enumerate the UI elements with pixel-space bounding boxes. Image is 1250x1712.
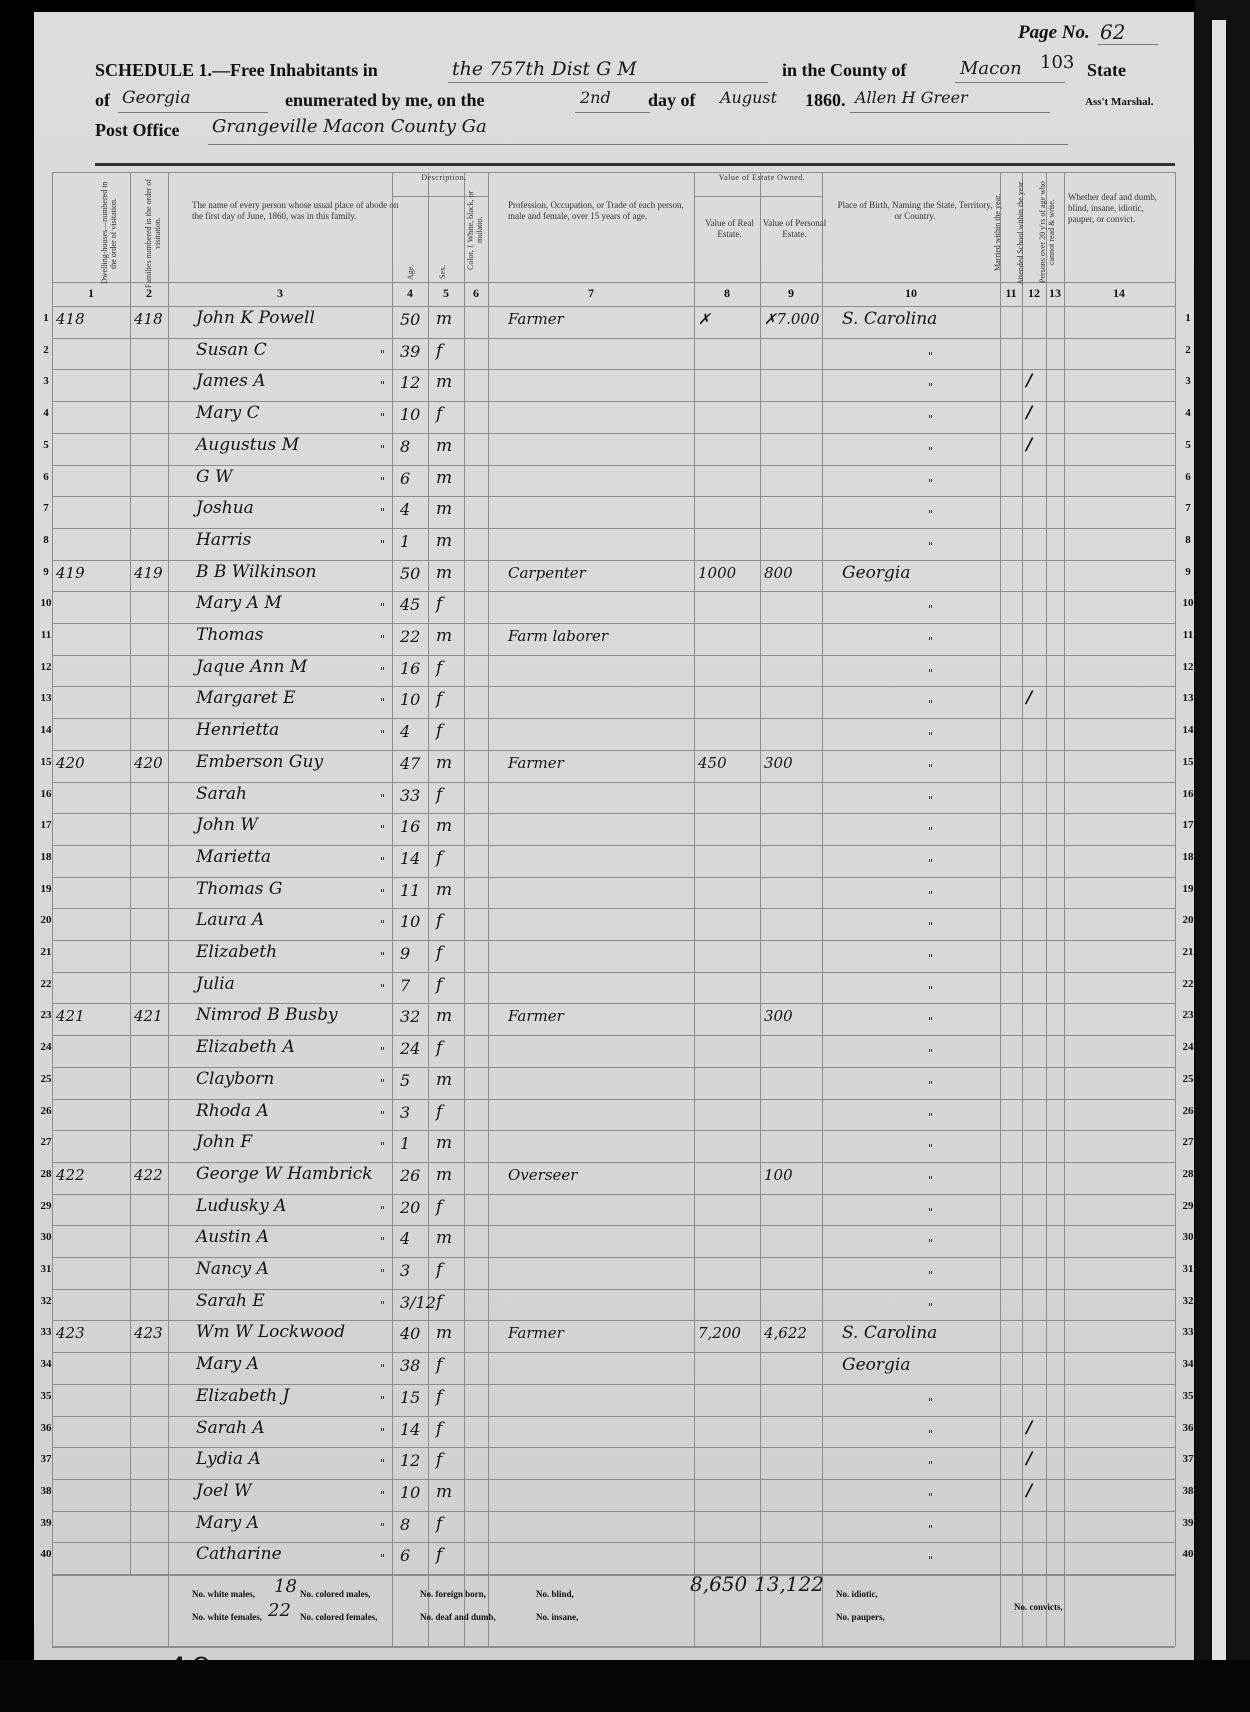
state-label: State [1087, 60, 1126, 81]
age: 32 [400, 1007, 420, 1026]
schedule-title: SCHEDULE 1.—Free Inhabitants in [95, 60, 378, 81]
birthplace: " [928, 1015, 933, 1028]
line-number-left: 7 [36, 502, 56, 514]
name-ditto: " [380, 1109, 385, 1122]
line-number-left: 24 [36, 1041, 56, 1053]
line-number-left: 8 [36, 534, 56, 546]
name-ditto: " [380, 475, 385, 488]
age: 20 [400, 1198, 420, 1217]
age: 45 [400, 595, 420, 614]
birthplace: " [928, 762, 933, 775]
family-number: 420 [134, 754, 163, 772]
sex: f [436, 1260, 442, 1280]
line-number-right: 37 [1178, 1453, 1198, 1465]
name-ditto: " [380, 982, 385, 995]
grid-row-line [52, 1574, 1175, 1576]
column-number-9: 9 [779, 286, 803, 301]
sex: m [436, 499, 452, 519]
line-number-left: 10 [36, 597, 56, 609]
attended-school-mark: / [1026, 403, 1032, 423]
name-ditto: " [380, 538, 385, 551]
person-name: George W Hambrick [196, 1164, 373, 1184]
grid-column-line [488, 172, 489, 1646]
sex: f [436, 943, 442, 963]
column-number-6: 6 [464, 286, 488, 301]
total-real-estate: 8,650 [690, 1572, 747, 1596]
grid-row-line [52, 1542, 1175, 1543]
line-number-left: 3 [36, 375, 56, 387]
person-name: Mary A M [196, 593, 282, 613]
birthplace: " [928, 381, 933, 394]
grid-row-line [52, 1225, 1175, 1226]
sex: m [436, 468, 452, 488]
person-name: Sarah [196, 784, 247, 804]
name-ditto: " [380, 696, 385, 709]
birthplace: " [928, 1396, 933, 1409]
name-ditto: " [380, 1394, 385, 1407]
birthplace: " [928, 540, 933, 553]
line-number-left: 18 [36, 851, 56, 863]
age: 3 [400, 1261, 410, 1280]
age: 1 [400, 532, 410, 551]
person-name: Laura A [196, 910, 264, 930]
person-name: Elizabeth A [196, 1037, 295, 1057]
line-number-left: 29 [36, 1200, 56, 1212]
line-number-left: 28 [36, 1168, 56, 1180]
line-number-right: 7 [1178, 502, 1198, 514]
column-number-10: 10 [899, 286, 923, 301]
age: 10 [400, 405, 420, 424]
person-name: Mary A [196, 1513, 259, 1533]
age: 3 [400, 1103, 410, 1122]
colored-males-label: No. colored males, [300, 1589, 370, 1599]
person-name: Clayborn [196, 1069, 274, 1089]
birthplace: " [928, 1491, 933, 1504]
line-number-left: 34 [36, 1358, 56, 1370]
personal-estate-value: 100 [764, 1166, 793, 1184]
age: 4 [400, 1229, 410, 1248]
col14-header: Whether deaf and dumb, blind, insane, id… [1068, 192, 1158, 225]
line-number-right: 26 [1178, 1105, 1198, 1117]
paupers-label: No. paupers, [836, 1612, 885, 1622]
sex: m [436, 436, 452, 456]
birthplace: " [928, 1428, 933, 1441]
person-name: Ludusky A [196, 1196, 286, 1216]
grid-column-line [760, 172, 761, 1646]
column-number-14: 14 [1107, 286, 1131, 301]
line-number-right: 30 [1178, 1231, 1198, 1243]
birthplace: " [928, 825, 933, 838]
age: 16 [400, 817, 420, 836]
name-ditto: " [380, 1077, 385, 1090]
insane-label: No. insane, [536, 1612, 578, 1622]
line-number-left: 32 [36, 1295, 56, 1307]
person-name: Elizabeth [196, 942, 277, 962]
line-number-left: 20 [36, 914, 56, 926]
line-number-left: 23 [36, 1009, 56, 1021]
name-ditto: " [380, 1362, 385, 1375]
sex: f [436, 594, 442, 614]
occupation: Farmer [508, 1324, 564, 1342]
column-number-2: 2 [137, 286, 161, 301]
sex: f [436, 1419, 442, 1439]
personal-estate-value: 800 [764, 564, 793, 582]
attended-school-mark: / [1026, 371, 1032, 391]
age: 7 [400, 976, 410, 995]
person-name: Thomas [196, 625, 264, 645]
line-number-left: 33 [36, 1326, 56, 1338]
grid-row-line [52, 718, 1175, 719]
county-stamp: 103 [1040, 52, 1074, 73]
col4-header: Age. [406, 255, 420, 290]
line-number-right: 22 [1178, 978, 1198, 990]
age: 33 [400, 786, 420, 805]
grid-row-line [52, 1352, 1175, 1353]
grid-row-line [52, 465, 1175, 466]
personal-estate-value: 4,622 [764, 1324, 807, 1342]
enumeration-day: 2nd [580, 88, 611, 107]
sex: f [436, 1450, 442, 1470]
grid-row-line [52, 369, 1175, 370]
name-ditto: " [380, 1045, 385, 1058]
grid-row-line [52, 686, 1175, 687]
name-ditto: " [380, 887, 385, 900]
line-number-right: 23 [1178, 1009, 1198, 1021]
grid-row-line [52, 1162, 1175, 1163]
line-number-right: 8 [1178, 534, 1198, 546]
person-name: Elizabeth J [196, 1386, 289, 1406]
age: 47 [400, 754, 420, 773]
occupation: Farmer [508, 1007, 564, 1025]
person-name: Harris [196, 530, 251, 550]
deaf-dumb-label: No. deaf and dumb, [420, 1612, 496, 1622]
col12-header: Attended School within the year. [1016, 172, 1036, 292]
birthplace: " [928, 1206, 933, 1219]
name-ditto: " [380, 728, 385, 741]
line-number-right: 29 [1178, 1200, 1198, 1212]
post-office: Grangeville Macon County Ga [212, 116, 487, 137]
sex: f [436, 848, 442, 868]
line-number-right: 9 [1178, 566, 1198, 578]
birthplace: " [928, 1174, 933, 1187]
birthplace: " [928, 698, 933, 711]
age: 38 [400, 1356, 420, 1375]
idiotic-label: No. idiotic, [836, 1589, 878, 1599]
real-estate-value: 450 [698, 754, 727, 772]
line-number-right: 1 [1178, 312, 1198, 324]
grid-column-line [1175, 172, 1176, 1646]
birthplace: " [928, 1237, 933, 1250]
birthplace: " [928, 350, 933, 363]
grid-row-line [52, 877, 1175, 878]
line-number-left: 11 [36, 629, 56, 641]
personal-estate-value: ✗7.000 [764, 310, 820, 328]
grid-row-line [52, 1257, 1175, 1258]
birthplace: " [928, 508, 933, 521]
age: 40 [400, 1324, 420, 1343]
name-ditto: " [380, 1457, 385, 1470]
line-number-right: 24 [1178, 1041, 1198, 1053]
birthplace: " [928, 1301, 933, 1314]
age: 14 [400, 1420, 420, 1439]
column-number-11: 11 [999, 286, 1023, 301]
grid-row-line [52, 1194, 1175, 1195]
age: 9 [400, 944, 410, 963]
line-number-left: 15 [36, 756, 56, 768]
scan-edge-strip [1212, 20, 1226, 1660]
family-number: 423 [134, 1324, 163, 1342]
name-ditto: " [380, 1521, 385, 1534]
birthplace: " [928, 730, 933, 743]
age: 22 [400, 627, 420, 646]
sex: f [436, 1387, 442, 1407]
line-number-right: 12 [1178, 661, 1198, 673]
birthplace: " [928, 1269, 933, 1282]
sex: m [436, 1133, 452, 1153]
name-ditto: " [380, 506, 385, 519]
name-ditto: " [380, 665, 385, 678]
person-name: Margaret E [196, 688, 296, 708]
real-estate-value: 7,200 [698, 1324, 741, 1342]
foreign-born-label: No. foreign born, [420, 1589, 486, 1599]
line-number-right: 18 [1178, 851, 1198, 863]
birthplace: " [928, 413, 933, 426]
line-number-left: 39 [36, 1517, 56, 1529]
person-name: Thomas G [196, 879, 283, 899]
person-name: Nimrod B Busby [196, 1005, 338, 1025]
line-number-right: 21 [1178, 946, 1198, 958]
sex: f [436, 1038, 442, 1058]
line-number-right: 39 [1178, 1517, 1198, 1529]
occupation: Carpenter [508, 564, 586, 582]
sex: m [436, 1070, 452, 1090]
scan-border-bottom [0, 1660, 1250, 1712]
state-line [118, 112, 268, 113]
line-number-left: 40 [36, 1548, 56, 1560]
age: 39 [400, 342, 420, 361]
grid-row-line [52, 433, 1175, 434]
line-number-left: 1 [36, 312, 56, 324]
grid-row-line [52, 972, 1175, 973]
grid-row-line [52, 1003, 1175, 1004]
age: 50 [400, 564, 420, 583]
dwelling-number: 423 [56, 1324, 85, 1342]
person-name: Rhoda A [196, 1101, 269, 1121]
age: 11 [400, 881, 420, 900]
name-ditto: " [380, 1204, 385, 1217]
grid-row-line [52, 306, 1175, 307]
birthplace: " [928, 1079, 933, 1092]
total-personal-estate: 13,122 [754, 1572, 824, 1596]
name-ditto: " [380, 443, 385, 456]
line-number-right: 25 [1178, 1073, 1198, 1085]
name-ditto: " [380, 633, 385, 646]
grid-row-line [52, 1384, 1175, 1385]
grid-row-line [52, 1035, 1175, 1036]
occupation: Farm laborer [508, 627, 608, 645]
col3-header: The name of every person whose usual pla… [192, 200, 402, 222]
white-females-count: 22 [268, 1600, 291, 1621]
birthplace: " [928, 603, 933, 616]
col6-header: Color, { White, black, or mulatto. [466, 190, 488, 270]
age: 24 [400, 1039, 420, 1058]
grid-row-line [52, 528, 1175, 529]
line-number-left: 9 [36, 566, 56, 578]
county-label: in the County of [782, 60, 907, 81]
birthplace: " [928, 857, 933, 870]
line-number-left: 26 [36, 1105, 56, 1117]
header-rule [95, 163, 1175, 166]
grid-row-line [52, 1067, 1175, 1068]
blind-label: No. blind, [536, 1589, 574, 1599]
age: 1 [400, 1134, 410, 1153]
age: 26 [400, 1166, 420, 1185]
line-number-left: 35 [36, 1390, 56, 1402]
line-number-right: 5 [1178, 439, 1198, 451]
convicts-label: No. convicts, [1014, 1602, 1063, 1612]
line-number-left: 6 [36, 471, 56, 483]
sex: f [436, 1292, 442, 1312]
grid-column-line [464, 172, 465, 1646]
sex: f [436, 975, 442, 995]
enumerated-label: enumerated by me, on the [285, 90, 484, 111]
grid-row-line [52, 560, 1175, 561]
line-number-left: 36 [36, 1422, 56, 1434]
line-number-right: 33 [1178, 1326, 1198, 1338]
col10-header: Place of Birth, Naming the State, Territ… [835, 200, 995, 222]
person-name: John K Powell [196, 308, 315, 328]
age: 4 [400, 500, 410, 519]
age: 8 [400, 1515, 410, 1534]
marshal-name: Allen H Greer [855, 88, 968, 107]
line-number-right: 27 [1178, 1136, 1198, 1148]
grid-column-line [822, 172, 823, 1646]
line-number-right: 20 [1178, 914, 1198, 926]
line-number-left: 25 [36, 1073, 56, 1085]
birthplace: " [928, 920, 933, 933]
sex: f [436, 785, 442, 805]
name-ditto: " [380, 348, 385, 361]
personal-estate-value: 300 [764, 754, 793, 772]
birthplace: S. Carolina [842, 1323, 937, 1343]
family-number: 421 [134, 1007, 163, 1025]
line-number-left: 37 [36, 1453, 56, 1465]
marshal-label: Ass't Marshal. [1085, 96, 1153, 108]
sex: m [436, 1228, 452, 1248]
person-name: Catharine [196, 1544, 282, 1564]
grid-column-line [694, 172, 695, 1646]
name-ditto: " [380, 950, 385, 963]
description-group-header: Description. [400, 172, 488, 183]
name-ditto: " [380, 1299, 385, 1312]
sex: m [436, 309, 452, 329]
state: Georgia [122, 88, 190, 108]
name-ditto: " [380, 792, 385, 805]
post-office-line [208, 144, 1068, 145]
sex: m [436, 563, 452, 583]
line-number-right: 19 [1178, 883, 1198, 895]
grid-row-line [52, 1447, 1175, 1448]
attended-school-mark: / [1026, 1449, 1032, 1469]
grid-row-line [52, 1289, 1175, 1290]
age: 4 [400, 722, 410, 741]
person-name: Mary C [196, 403, 260, 423]
attended-school-mark: / [1026, 435, 1032, 455]
occupation: Overseer [508, 1166, 577, 1184]
line-number-left: 31 [36, 1263, 56, 1275]
line-number-left: 27 [36, 1136, 56, 1148]
district-line [448, 82, 768, 83]
age: 15 [400, 1388, 420, 1407]
line-number-left: 21 [36, 946, 56, 958]
person-name: Wm W Lockwood [196, 1322, 345, 1342]
attended-school-mark: / [1026, 1481, 1032, 1501]
sex: f [436, 341, 442, 361]
sex: f [436, 1197, 442, 1217]
sex: f [436, 1514, 442, 1534]
sex: m [436, 1006, 452, 1026]
post-office-label: Post Office [95, 120, 179, 141]
grid-row-line [52, 1416, 1175, 1417]
estate-group-header: Value of Estate Owned. [697, 172, 827, 183]
birthplace: " [928, 477, 933, 490]
attended-school-mark: / [1026, 1418, 1032, 1438]
sex: f [436, 1545, 442, 1565]
enumeration-month: August [720, 88, 777, 107]
grid-row-line [52, 1646, 1175, 1648]
county-line [955, 82, 1065, 83]
grid-column-line [1000, 172, 1001, 1646]
age: 10 [400, 690, 420, 709]
line-number-right: 40 [1178, 1548, 1198, 1560]
name-ditto: " [380, 411, 385, 424]
grid-row-line [52, 1320, 1175, 1321]
sex: f [436, 911, 442, 931]
name-ditto: " [380, 1140, 385, 1153]
line-number-right: 6 [1178, 471, 1198, 483]
person-name: Mary A [196, 1354, 259, 1374]
line-number-right: 14 [1178, 724, 1198, 736]
family-number: 418 [134, 310, 163, 328]
age: 16 [400, 659, 420, 678]
col11-header: Married within the year. [993, 172, 1013, 292]
line-number-left: 12 [36, 661, 56, 673]
white-males-label: No. white males, [192, 1589, 255, 1599]
grid-row-line [52, 845, 1175, 846]
sex: f [436, 658, 442, 678]
column-number-8: 8 [715, 286, 739, 301]
birthplace: " [928, 445, 933, 458]
line-number-right: 4 [1178, 407, 1198, 419]
grid-row-line [52, 1130, 1175, 1131]
grid-row-line [694, 196, 822, 197]
real-estate-value: ✗ [698, 310, 711, 328]
line-number-right: 32 [1178, 1295, 1198, 1307]
grid-row-line [52, 623, 1175, 624]
age: 8 [400, 437, 410, 456]
grid-column-line [1022, 172, 1023, 1646]
occupation: Farmer [508, 754, 564, 772]
line-number-right: 36 [1178, 1422, 1198, 1434]
line-number-left: 4 [36, 407, 56, 419]
person-name: Joel W [196, 1481, 251, 1501]
line-number-right: 10 [1178, 597, 1198, 609]
grid-column-line [168, 172, 169, 1646]
person-name: Marietta [196, 847, 271, 867]
sex: f [436, 1355, 442, 1375]
person-name: Emberson Guy [196, 752, 323, 772]
line-number-right: 3 [1178, 375, 1198, 387]
